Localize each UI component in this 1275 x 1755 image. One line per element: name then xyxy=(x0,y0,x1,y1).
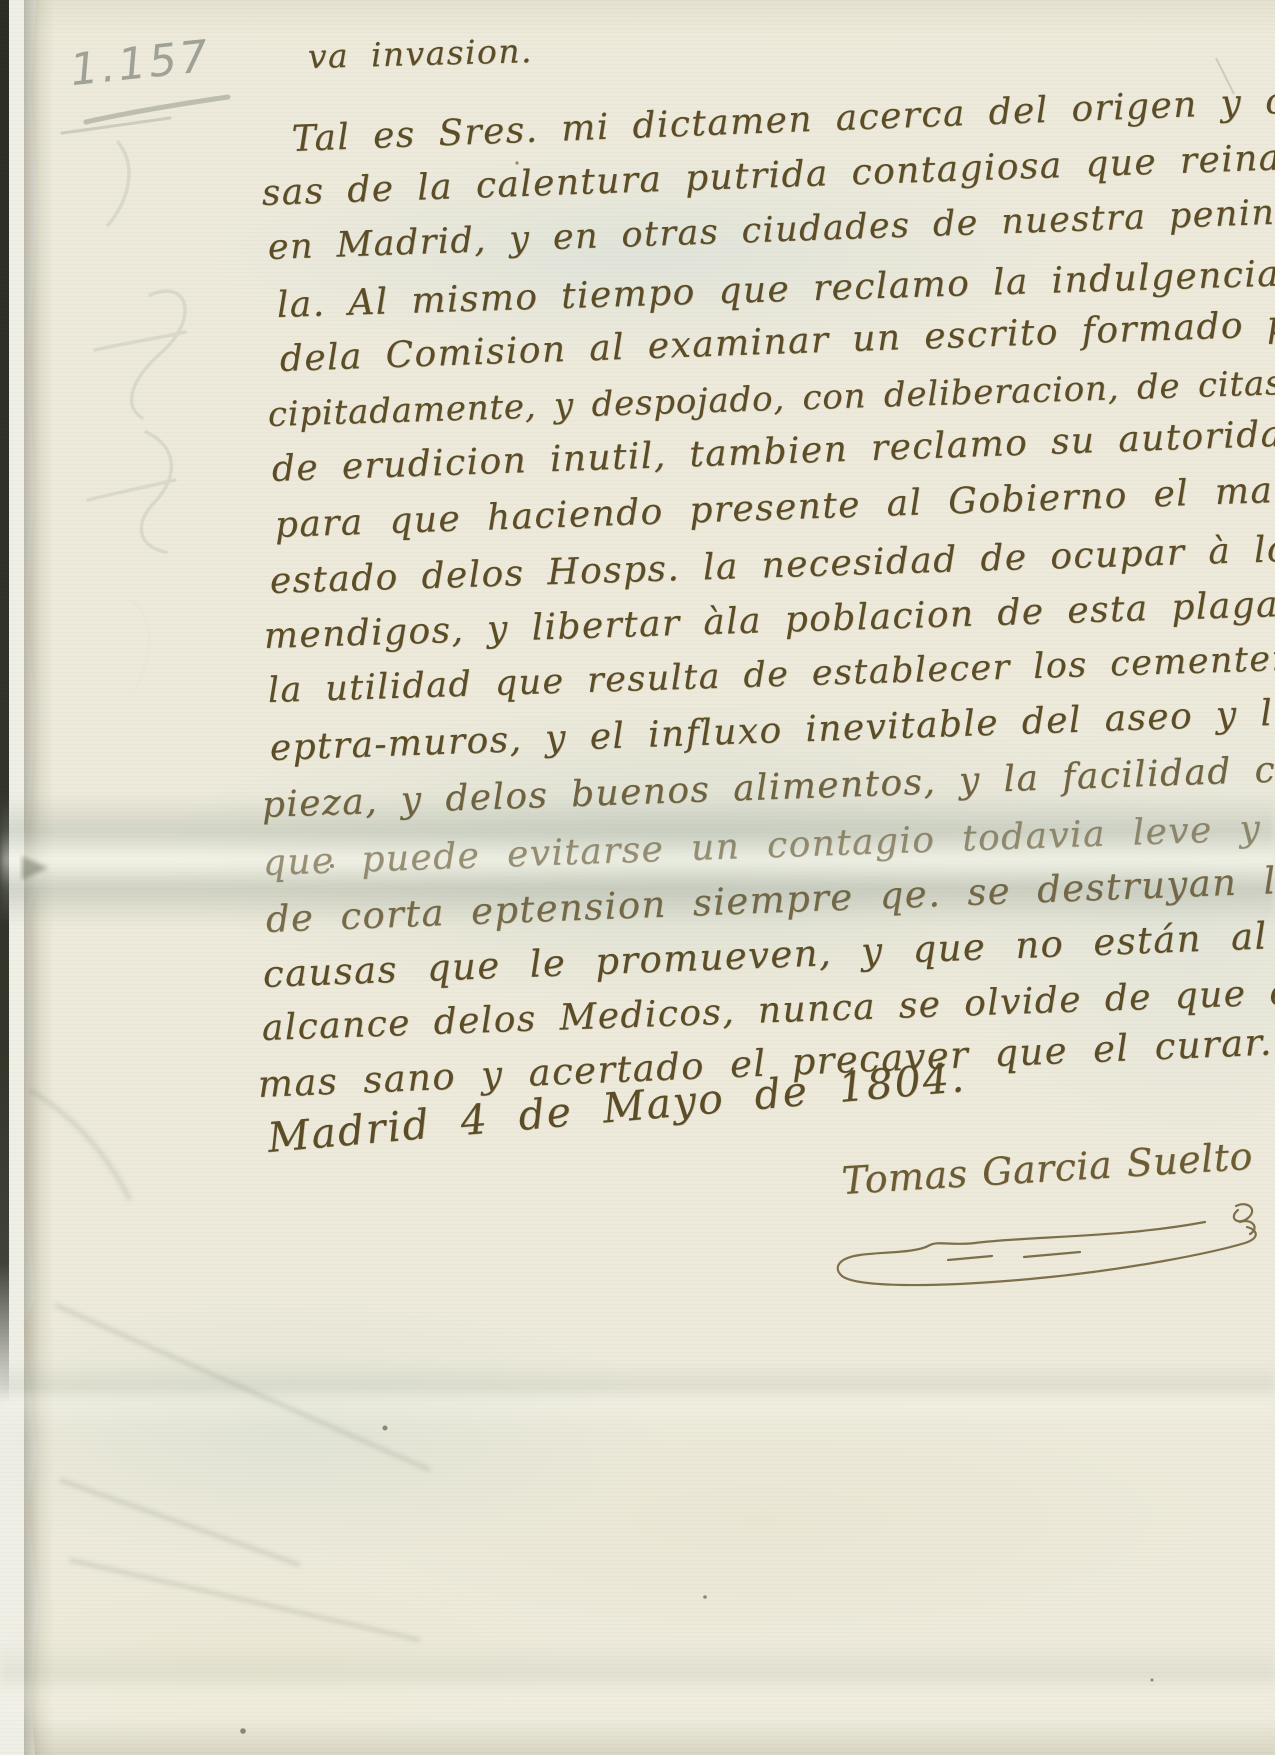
paper-torn-edge-shadow xyxy=(24,0,54,1755)
manuscript-line: va invasion. xyxy=(307,34,533,73)
scanner-edge-shadow xyxy=(0,0,9,1755)
